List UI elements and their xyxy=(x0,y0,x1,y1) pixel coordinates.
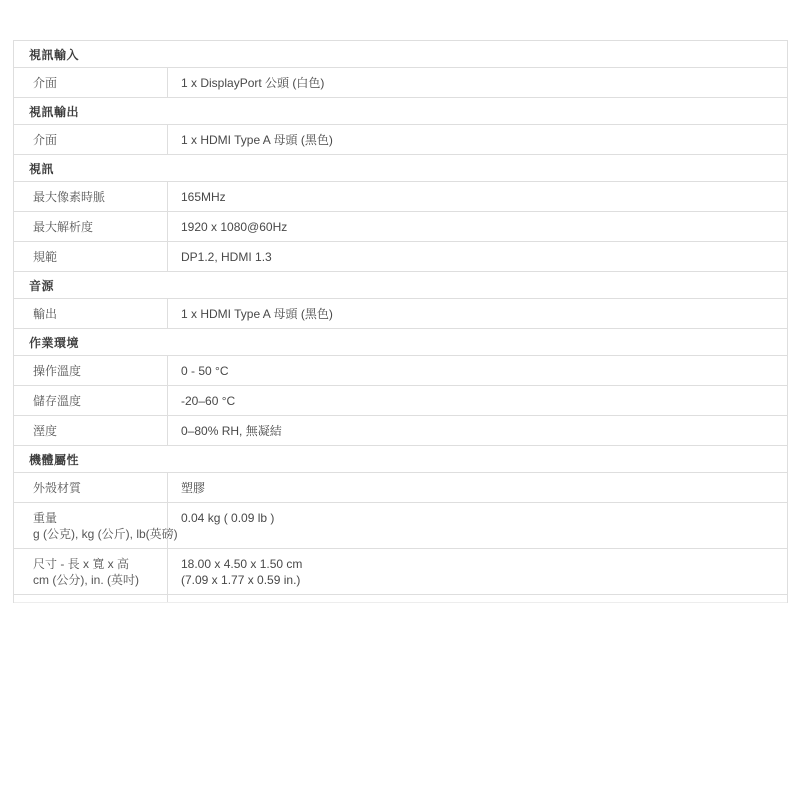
spec-value-line: -20–60 °C xyxy=(181,393,775,409)
spec-label-line: 輸出 xyxy=(33,306,159,322)
spec-partial-value-cell xyxy=(168,595,787,602)
spec-section-title: 視訊 xyxy=(29,160,54,177)
spec-label-line: 最大解析度 xyxy=(33,219,159,235)
spec-section-title: 視訊輸入 xyxy=(29,46,79,63)
spec-value-line: 0.04 kg ( 0.09 lb ) xyxy=(181,510,775,526)
spec-value-cell: 0–80% RH, 無凝結 xyxy=(168,416,787,445)
spec-value-cell: 165MHz xyxy=(168,182,787,211)
spec-row: 操作溫度0 - 50 °C xyxy=(14,356,787,386)
spec-row: 輸出1 x HDMI Type A 母頭 (黑色) xyxy=(14,299,787,329)
spec-label-line: 介面 xyxy=(33,75,159,91)
spec-row: 外殼材質塑膠 xyxy=(14,473,787,503)
spec-value-line: 1 x DisplayPort 公頭 (白色) xyxy=(181,75,775,91)
spec-row: 介面1 x HDMI Type A 母頭 (黑色) xyxy=(14,125,787,155)
spec-value-line: DP1.2, HDMI 1.3 xyxy=(181,249,775,265)
spec-value-cell: DP1.2, HDMI 1.3 xyxy=(168,242,787,271)
spec-label-line: 重量 xyxy=(33,510,159,526)
spec-value-cell: 1920 x 1080@60Hz xyxy=(168,212,787,241)
spec-label-cell: 介面 xyxy=(14,125,168,154)
spec-label-line: 外殼材質 xyxy=(33,480,159,496)
spec-value-cell: 塑膠 xyxy=(168,473,787,502)
spec-row: 最大解析度1920 x 1080@60Hz xyxy=(14,212,787,242)
spec-label-line: 儲存溫度 xyxy=(33,393,159,409)
spec-value-line: 1 x HDMI Type A 母頭 (黑色) xyxy=(181,132,775,148)
spec-row: 最大像素時脈165MHz xyxy=(14,182,787,212)
spec-row: 儲存溫度-20–60 °C xyxy=(14,386,787,416)
spec-label-line: cm (公分), in. (英吋) xyxy=(33,572,159,588)
spec-value-cell: 1 x HDMI Type A 母頭 (黑色) xyxy=(168,125,787,154)
spec-label-line: 規範 xyxy=(33,249,159,265)
spec-section-title: 視訊輸出 xyxy=(29,103,79,120)
spec-table-partial-row xyxy=(14,595,787,603)
page-canvas: 視訊輸入介面1 x DisplayPort 公頭 (白色)視訊輸出介面1 x H… xyxy=(0,0,800,800)
spec-value-cell: 18.00 x 4.50 x 1.50 cm(7.09 x 1.77 x 0.5… xyxy=(168,549,787,594)
spec-label-cell: 規範 xyxy=(14,242,168,271)
spec-section-header: 視訊 xyxy=(14,155,787,182)
spec-row: 規範DP1.2, HDMI 1.3 xyxy=(14,242,787,272)
spec-section-header: 音源 xyxy=(14,272,787,299)
spec-section-title: 機體屬性 xyxy=(29,451,79,468)
spec-value-line: 1920 x 1080@60Hz xyxy=(181,219,775,235)
spec-value-cell: 1 x DisplayPort 公頭 (白色) xyxy=(168,68,787,97)
spec-value-line: (7.09 x 1.77 x 0.59 in.) xyxy=(181,572,775,588)
spec-value-line: 塑膠 xyxy=(181,480,775,496)
spec-section-header: 視訊輸出 xyxy=(14,98,787,125)
spec-section-title: 作業環境 xyxy=(29,334,79,351)
spec-label-cell: 操作溫度 xyxy=(14,356,168,385)
spec-value-cell: 1 x HDMI Type A 母頭 (黑色) xyxy=(168,299,787,328)
spec-label-cell: 重量g (公克), kg (公斤), lb(英磅) xyxy=(14,503,168,548)
spec-label-cell: 儲存溫度 xyxy=(14,386,168,415)
spec-row: 重量g (公克), kg (公斤), lb(英磅)0.04 kg ( 0.09 … xyxy=(14,503,787,549)
spec-value-line: 165MHz xyxy=(181,189,775,205)
spec-value-line: 0–80% RH, 無凝結 xyxy=(181,423,775,439)
spec-value-cell: 0.04 kg ( 0.09 lb ) xyxy=(168,503,787,548)
spec-label-cell: 溼度 xyxy=(14,416,168,445)
spec-label-cell: 外殼材質 xyxy=(14,473,168,502)
spec-label-cell: 尺寸 - 長 x 寬 x 高cm (公分), in. (英吋) xyxy=(14,549,168,594)
spec-table-rows: 視訊輸入介面1 x DisplayPort 公頭 (白色)視訊輸出介面1 x H… xyxy=(14,41,787,595)
spec-section-title: 音源 xyxy=(29,277,54,294)
spec-label-cell: 最大解析度 xyxy=(14,212,168,241)
spec-label-line: 溼度 xyxy=(33,423,159,439)
spec-value-line: 0 - 50 °C xyxy=(181,363,775,379)
spec-value-cell: 0 - 50 °C xyxy=(168,356,787,385)
spec-partial-label-cell xyxy=(14,595,168,602)
spec-label-line: 尺寸 - 長 x 寬 x 高 xyxy=(33,556,159,572)
spec-label-cell: 介面 xyxy=(14,68,168,97)
spec-label-cell: 最大像素時脈 xyxy=(14,182,168,211)
spec-row: 介面1 x DisplayPort 公頭 (白色) xyxy=(14,68,787,98)
spec-section-header: 機體屬性 xyxy=(14,446,787,473)
spec-label-line: 操作溫度 xyxy=(33,363,159,379)
spec-section-header: 作業環境 xyxy=(14,329,787,356)
spec-value-cell: -20–60 °C xyxy=(168,386,787,415)
spec-label-line: g (公克), kg (公斤), lb(英磅) xyxy=(33,526,159,542)
spec-row: 溼度0–80% RH, 無凝結 xyxy=(14,416,787,446)
spec-row: 尺寸 - 長 x 寬 x 高cm (公分), in. (英吋)18.00 x 4… xyxy=(14,549,787,595)
spec-label-line: 最大像素時脈 xyxy=(33,189,159,205)
spec-label-cell: 輸出 xyxy=(14,299,168,328)
spec-section-header: 視訊輸入 xyxy=(14,41,787,68)
spec-value-line: 1 x HDMI Type A 母頭 (黑色) xyxy=(181,306,775,322)
spec-value-line: 18.00 x 4.50 x 1.50 cm xyxy=(181,556,775,572)
spec-label-line: 介面 xyxy=(33,132,159,148)
spec-table: 視訊輸入介面1 x DisplayPort 公頭 (白色)視訊輸出介面1 x H… xyxy=(13,40,788,603)
